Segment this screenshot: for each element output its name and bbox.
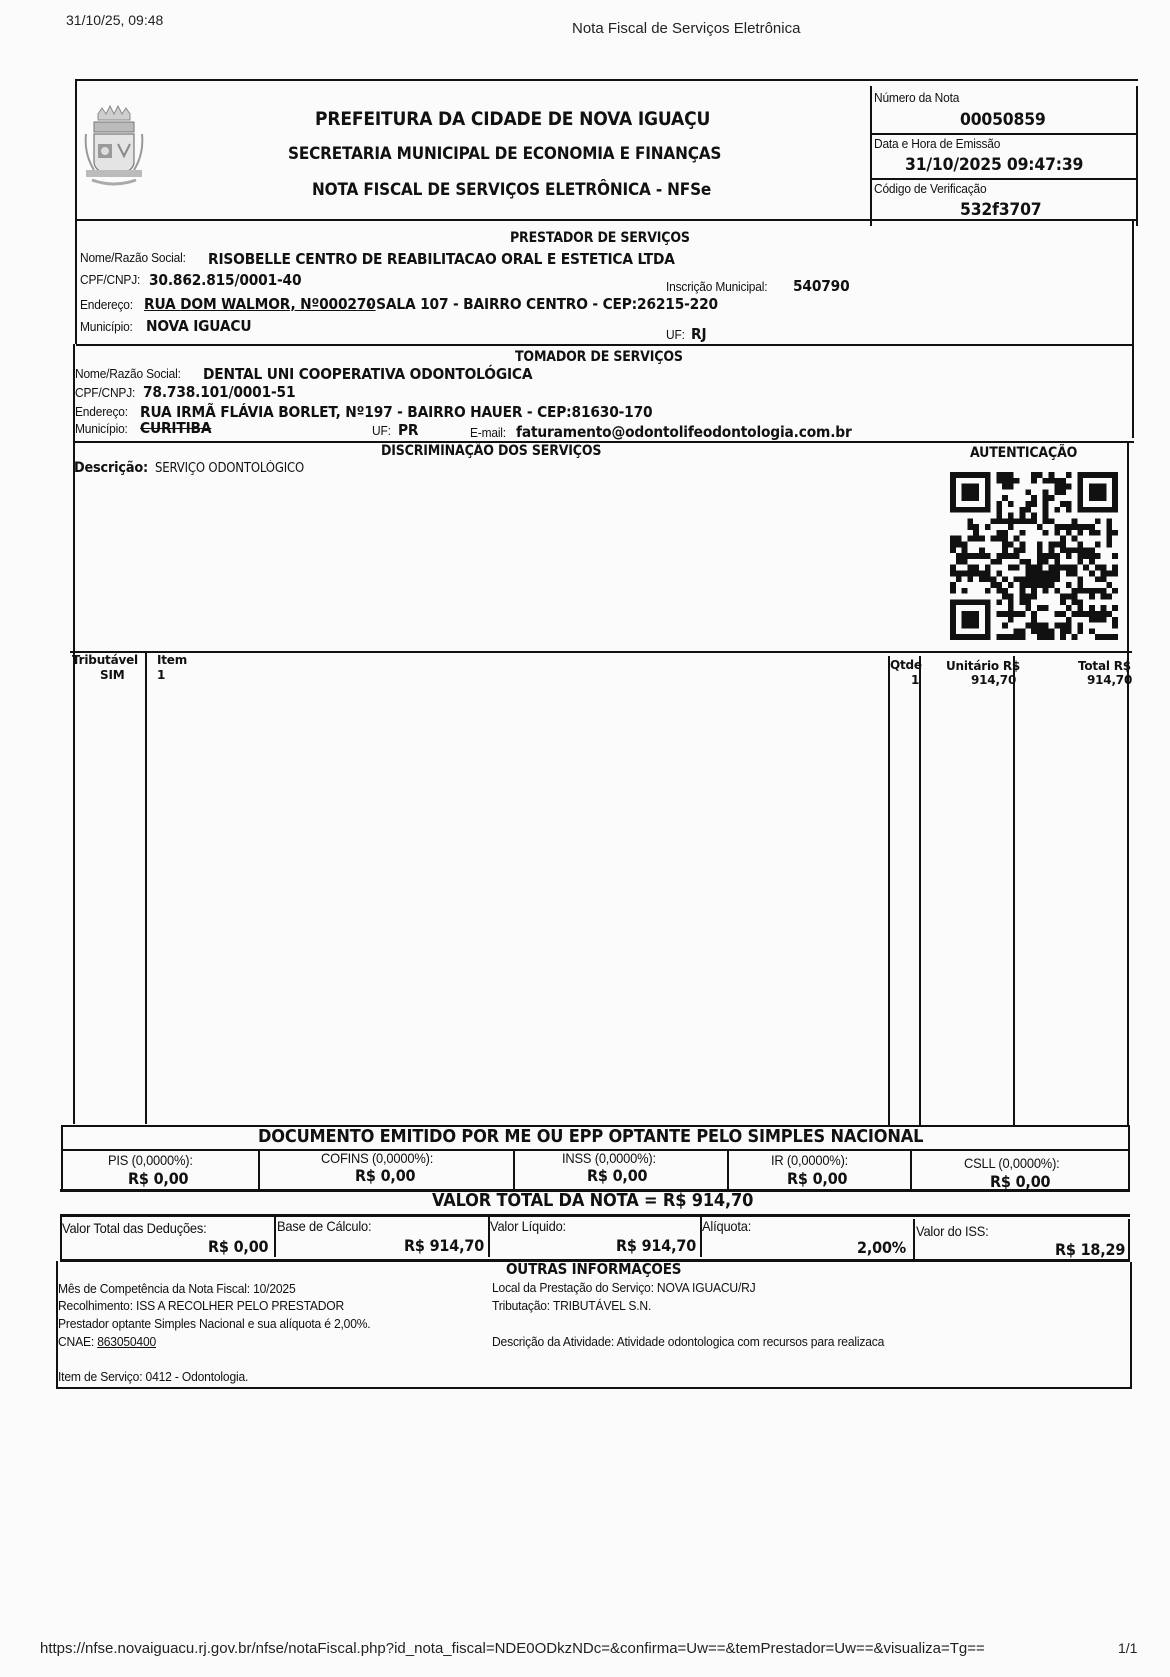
- prestador-uf-value: RJ: [691, 325, 706, 343]
- prestador-endereco-label: Endereço:: [80, 297, 133, 312]
- header-top-border: [76, 79, 1138, 81]
- tomador-endereco-label: Endereço:: [75, 404, 128, 419]
- prestador-cnpj-value: 30.862.815/0001-40: [149, 271, 301, 289]
- col-total-header: Total R$: [1078, 659, 1131, 673]
- prestador-endereco: Endereço: RUA DOM WALMOR, Nº000270 - SAL…: [80, 294, 749, 313]
- simples-info: Prestador optante Simples Nacional e sua…: [58, 1316, 370, 1331]
- descricao-value: SERVIÇO ODONTOLÓGICO: [155, 461, 304, 476]
- header-divider: [870, 86, 872, 226]
- cnae-value: 863050400: [97, 1334, 156, 1349]
- border: [1127, 441, 1129, 657]
- divider: [74, 441, 1134, 443]
- prestador-nome-label: Nome/Razão Social:: [80, 250, 186, 265]
- total-label: Alíquota:: [702, 1218, 751, 1234]
- descricao: Descrição: SERVIÇO ODONTOLÓGICO: [74, 457, 321, 476]
- tax-label: PIS (0,0000%):: [108, 1152, 193, 1168]
- tax-label: CSLL (0,0000%):: [964, 1155, 1060, 1171]
- codigo-label: Código de Verificação: [874, 181, 986, 196]
- numero-value: 00050859: [960, 110, 1046, 130]
- total-value: 2,00%: [857, 1238, 906, 1257]
- row-item: 1: [157, 668, 165, 682]
- tributacao: Tributação: TRIBUTÁVEL S.N.: [492, 1298, 651, 1313]
- simples-banner: DOCUMENTO EMITIDO POR ME OU EPP OPTANTE …: [258, 1126, 923, 1147]
- recolhimento: Recolhimento: ISS A RECOLHER PELO PRESTA…: [58, 1298, 344, 1313]
- nfse-document: PREFEITURA DA CIDADE DE NOVA IGUAÇU SECR…: [0, 0, 1170, 1677]
- cnae-label: CNAE:: [58, 1334, 97, 1349]
- competencia: Mês de Competência da Nota Fiscal: 10/20…: [58, 1281, 295, 1296]
- col-item-header: Item: [157, 653, 187, 667]
- column-divider: [919, 656, 921, 1126]
- total-label: Valor Total das Deduções:: [62, 1220, 207, 1236]
- divider: [60, 1214, 1130, 1217]
- secretaria-title: SECRETARIA MUNICIPAL DE ECONOMIA E FINAN…: [288, 144, 721, 164]
- total-value: R$ 18,29: [1055, 1240, 1125, 1259]
- discriminacao-title: DISCRIMINAÇÃO DOS SERVIÇOS: [381, 443, 601, 459]
- prestador-municipio-label: Município:: [80, 319, 133, 334]
- prestador-endereco-street: RUA DOM WALMOR, Nº000270: [144, 295, 376, 313]
- outras-title: OUTRAS INFORMAÇÕES: [506, 1260, 681, 1278]
- row-total: 914,70: [1087, 673, 1132, 687]
- col-tributavel-header: Tributável: [72, 653, 138, 667]
- divider: [57, 1387, 1131, 1389]
- tax-label: INSS (0,0000%):: [562, 1150, 656, 1166]
- cnae: CNAE: 863050400: [58, 1334, 156, 1349]
- prefeitura-title: PREFEITURA DA CIDADE DE NOVA IGUAÇU: [315, 108, 710, 130]
- tomador-municipio-value: CURITIBA: [140, 419, 211, 437]
- border: [1130, 1262, 1132, 1389]
- tomador-title: TOMADOR DE SERVIÇOS: [515, 349, 683, 365]
- tomador-cnpj-label: CPF/CNPJ:: [75, 385, 135, 400]
- prestador-municipio-value: NOVA IGUACU: [146, 317, 251, 335]
- tomador-endereco-value: RUA IRMÃ FLÁVIA BORLET, Nº197 - BAIRRO H…: [140, 403, 652, 421]
- border: [75, 220, 77, 344]
- tomador-municipio-label: Município:: [75, 421, 128, 436]
- total-value: R$ 914,70: [404, 1236, 484, 1255]
- prestador-title: PRESTADOR DE SERVIÇOS: [510, 230, 690, 246]
- border: [61, 1125, 63, 1191]
- border: [1132, 220, 1134, 438]
- prestador-nome-value: RISOBELLE CENTRO DE REABILITACAO ORAL E …: [208, 250, 675, 268]
- row-unitario: 914,70: [971, 673, 1016, 687]
- divider: [871, 178, 1137, 180]
- divider: [910, 1150, 912, 1190]
- prestador-uf-label: UF:: [666, 327, 685, 342]
- inscricao-label: Inscrição Municipal:: [666, 279, 767, 294]
- numero-label: Número da Nota: [874, 90, 959, 105]
- row-qtde: 1: [911, 673, 919, 687]
- tax-value: R$ 0,00: [787, 1169, 847, 1188]
- tax-label: IR (0,0000%):: [771, 1152, 848, 1168]
- header-right-border: [1136, 86, 1138, 226]
- column-divider: [1013, 656, 1015, 1126]
- divider: [70, 651, 1132, 653]
- item-servico: Item de Serviço: 0412 - Odontologia.: [58, 1369, 248, 1384]
- emissao-value: 31/10/2025 09:47:39: [905, 155, 1083, 175]
- border: [1128, 1125, 1130, 1191]
- autenticacao-title: AUTENTICAÇÃO: [970, 445, 1077, 461]
- total-label: Base de Cálculo:: [277, 1218, 371, 1234]
- tomador-uf-value: PR: [398, 421, 418, 439]
- divider: [871, 133, 1137, 135]
- divider: [274, 1215, 276, 1257]
- prestador-endereco-rest: - SALA 107 - BAIRRO CENTRO - CEP:26215-2…: [366, 295, 718, 313]
- tomador-uf-label: UF:: [372, 423, 391, 438]
- codigo-value: 532f3707: [960, 200, 1042, 220]
- prestador-cnpj-label: CPF/CNPJ:: [80, 272, 140, 287]
- total-label: Valor do ISS:: [916, 1223, 989, 1239]
- emissao-label: Data e Hora de Emissão: [874, 136, 1000, 151]
- tomador-cnpj-value: 78.738.101/0001-51: [143, 383, 295, 401]
- tomador-email-value: faturamento@odontolifeodontologia.com.br: [516, 423, 852, 441]
- descricao-atividade: Descrição da Atividade: Atividade odonto…: [492, 1334, 884, 1349]
- tomador-email-label: E-mail:: [470, 425, 506, 440]
- col-qtde-header: Qtde: [890, 658, 922, 672]
- total-label: Valor Líquido:: [490, 1218, 566, 1234]
- tax-label: COFINS (0,0000%):: [321, 1150, 433, 1166]
- col-unitario-header: Unitário R$: [946, 659, 1020, 673]
- divider: [76, 344, 1134, 346]
- city-coat-of-arms-icon: [82, 104, 146, 188]
- divider: [727, 1150, 729, 1190]
- column-divider: [145, 652, 147, 1124]
- nfse-title: NOTA FISCAL DE SERVIÇOS ELETRÔNICA - NFS…: [312, 180, 711, 200]
- divider: [258, 1150, 260, 1190]
- descricao-label: Descrição:: [74, 460, 148, 476]
- inscricao-value: 540790: [793, 277, 850, 295]
- divider: [913, 1219, 915, 1259]
- valor-total-nota: VALOR TOTAL DA NOTA = R$ 914,70: [432, 1190, 753, 1211]
- tax-value: R$ 0,00: [587, 1166, 647, 1185]
- tomador-nome-label: Nome/Razão Social:: [75, 366, 181, 381]
- total-value: R$ 914,70: [616, 1236, 696, 1255]
- local-prestacao: Local da Prestação do Serviço: NOVA IGUA…: [492, 1280, 756, 1295]
- header-left-border: [75, 79, 77, 225]
- total-value: R$ 0,00: [208, 1237, 268, 1256]
- row-tributavel: SIM: [100, 668, 124, 682]
- tomador-nome-value: DENTAL UNI COOPERATIVA ODONTOLÓGICA: [203, 365, 532, 383]
- column-divider: [888, 656, 890, 1126]
- tax-value: R$ 0,00: [355, 1166, 415, 1185]
- divider: [513, 1150, 515, 1190]
- border: [1127, 656, 1129, 1126]
- border: [1128, 1219, 1130, 1262]
- tax-value: R$ 0,00: [128, 1169, 188, 1188]
- qr-code-icon[interactable]: [950, 472, 1118, 640]
